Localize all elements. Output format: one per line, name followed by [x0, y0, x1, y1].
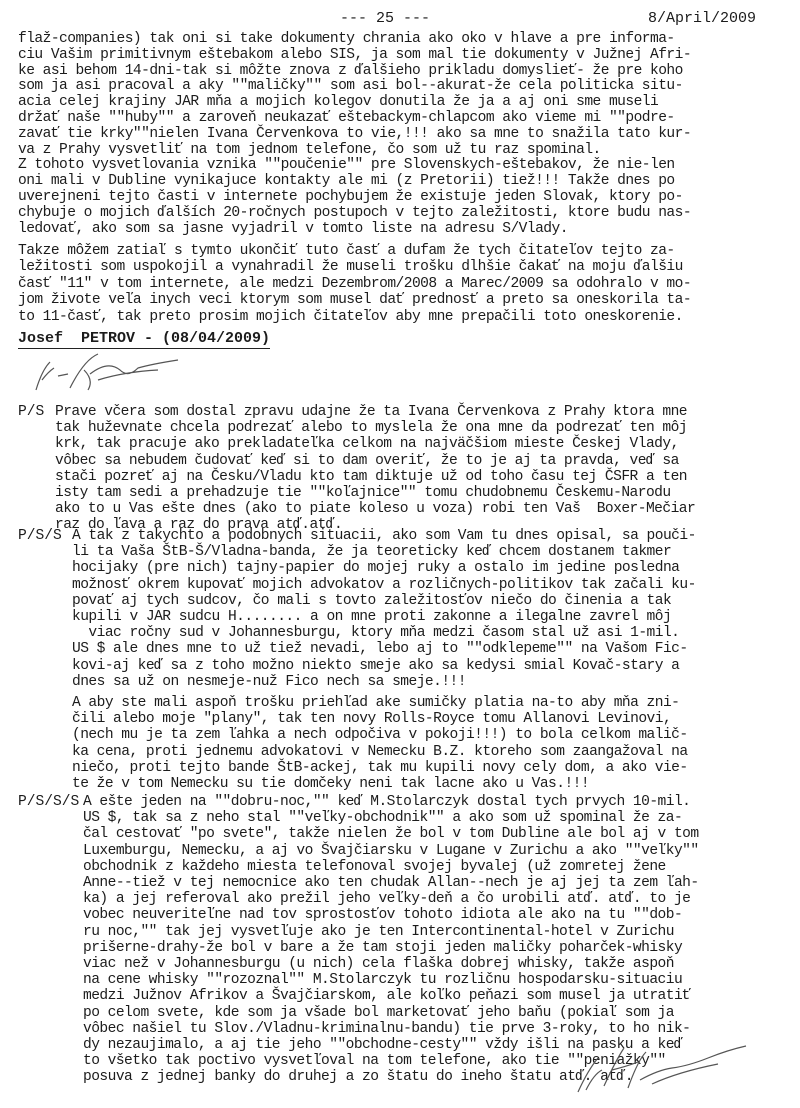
text-line: flaž-companies) tak oni si take dokument… — [18, 31, 675, 47]
text-line: viac než v Johannesburgu (u nich) cela f… — [83, 956, 674, 972]
text-line: ru noc,"" tak jej vysvetľuje ako je ten … — [83, 924, 674, 940]
text-line: vôbec našiel tu Slov./Vladnu-kriminalnu-… — [83, 1021, 690, 1037]
text-line: te že v tom Nemecku su tie domčeky neni … — [72, 776, 589, 792]
text-line: kovi-aj keď sa z toho možno niekto smeje… — [72, 658, 679, 674]
text-line: oni mali v Dubline vynikajuce kontakty a… — [18, 173, 675, 189]
text-line: povať aj tych sudcov, čo mali s tovto za… — [72, 593, 671, 609]
text-line: na cene whisky ""rozoznal"" M.Stolarczyk… — [83, 972, 682, 988]
text-line: Z tohoto vysvetlovania vznika ""poučenie… — [18, 157, 675, 173]
text-line: A tak z takychto a podobnych situacii, a… — [72, 528, 696, 544]
text-line: A aby ste mali aspoň trošku priehľad ake… — [72, 695, 679, 711]
signature-scribble-bottom-icon — [568, 1040, 758, 1100]
text-line: to 11-časť, tak preto prosim mojich čita… — [18, 309, 683, 325]
page-number: --- 25 --- — [340, 10, 430, 27]
text-line: kupili v JAR sudcu H........ a on mne pr… — [72, 609, 671, 625]
ps1-label: P/S — [18, 404, 44, 420]
signature-scribble-icon — [28, 350, 208, 395]
text-line: čal cestovať "po svete", takže nielen že… — [83, 826, 699, 842]
text-line: posuva z jednej banky do druhej a zo šta… — [83, 1069, 633, 1085]
text-line: po celom svete, kde som ja všade bol mar… — [83, 1005, 674, 1021]
text-line: A ešte jeden na ""dobru-noc,"" keď M.Sto… — [83, 794, 690, 810]
text-line: vobec neuveriteľne nad tov sprostosťov t… — [83, 907, 682, 923]
text-line: Anne--tiež v tej nemocnice ako ten chuda… — [83, 875, 699, 891]
text-line: chybuje o mojich ďalších 20-ročnych post… — [18, 205, 691, 221]
signature-name-line: Josef PETROV - (08/04/2009) — [18, 330, 270, 349]
text-line: som ja asi pracoval a aky ""maličky"" so… — [18, 78, 683, 94]
text-line: stači pozreť aj na Česku/Vladu kto tam d… — [55, 469, 687, 485]
text-line: vôbec sa nebudem čudovať keď si to dam o… — [55, 453, 679, 469]
text-line: (nech mu je ta zem ľahka a nech odpočiva… — [72, 727, 688, 743]
text-line: ako to u Vas ešte dnes (ako to piate kol… — [55, 501, 695, 517]
text-line: Takze môžem zatiaľ s tymto ukončiť tuto … — [18, 243, 675, 259]
text-line: zavať tie krky""nielen Ivana Červenkova … — [18, 126, 691, 142]
text-line: isty tam sedi a prehadzuje tie ""koľajni… — [55, 485, 671, 501]
text-line: čili alebo moje "plany", tak ten novy Ro… — [72, 711, 671, 727]
ps2-label: P/S/S — [18, 528, 62, 544]
text-line: Prave včera som dostal zpravu udajne že … — [55, 404, 687, 420]
text-line: hocijaky (pre nich) tajny-papier do moje… — [72, 560, 679, 576]
text-line: držať naše ""huby"" a zaroveň neukazať e… — [18, 110, 675, 126]
text-line: ciu Vašim primitivnym eštebakom alebo SI… — [18, 47, 691, 63]
text-line: ka) a jej referoval ako prežil jeho veľk… — [83, 891, 690, 907]
text-line: viac ročny sud v Johannesburgu, ktory mň… — [72, 625, 679, 641]
ps3-label: P/S/S/S — [18, 794, 79, 810]
text-line: jom živote veľa inych veci ktorym som mu… — [18, 292, 691, 308]
text-line: va z Prahy vysvetliť na tom jednom telef… — [18, 142, 601, 158]
text-line: US $ ale dnes mne to už tiež nevadi, leb… — [72, 641, 688, 657]
text-line: ledovať, ako som sa jasne vyjadril v tom… — [18, 221, 568, 237]
text-line: prišerne-drahy-že bol v bare a že tam st… — [83, 940, 682, 956]
text-line: tak huževnate chcela podrezať alebo to m… — [55, 420, 687, 436]
text-line: uverejneni tejto časti v internete pochy… — [18, 189, 683, 205]
text-line: časť "11" v tom internete, ale medzi Dez… — [18, 276, 691, 292]
text-line: krk, tak pracuje ako prekladateľka celko… — [55, 436, 679, 452]
text-line: niečo, proti tejto bande ŠtB-ackej, tak … — [72, 760, 688, 776]
text-line: Luxemburgu, Nemecku, a aj vo Švajčiarsku… — [83, 843, 699, 859]
text-line: medzi Južnov Afrikov a Švajčiarskom, ale… — [83, 988, 690, 1004]
document-date: 8/April/2009 — [648, 10, 756, 27]
text-line: ležitosti som uspokojil a vynahradil že … — [18, 259, 683, 275]
text-line: možnosť okrem kupovať mojich advokatov a… — [72, 577, 696, 593]
text-line: acia celej krajiny JAR mňa a mojich kole… — [18, 94, 658, 110]
text-line: ka cena, proti jednemu advokatovi v Neme… — [72, 744, 688, 760]
text-line: li ta Vaša ŠtB-Š/Vladna-banda, že ja teo… — [72, 544, 671, 560]
text-line: ke asi behom 14-dni-tak si môžte znova z… — [18, 63, 683, 79]
text-line: dnes sa už on nesmeje-nuž Fico nech sa s… — [72, 674, 466, 690]
text-line: obchodnik z každeho miesta telefonoval s… — [83, 859, 666, 875]
text-line: US $, tak sa z neho stal ""veľky-obchodn… — [83, 810, 682, 826]
